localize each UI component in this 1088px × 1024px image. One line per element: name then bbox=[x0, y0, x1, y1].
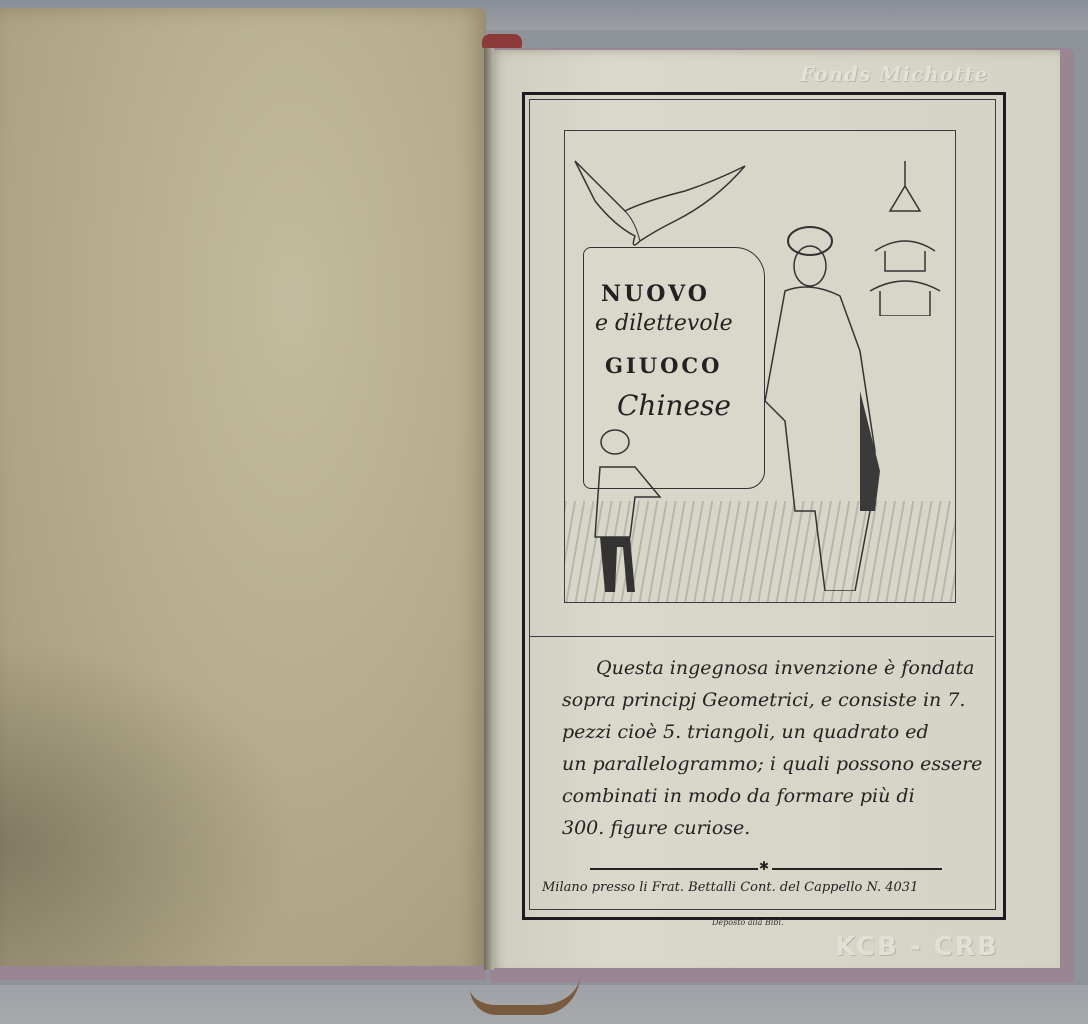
deposit-note: Deposto alla Bibl. bbox=[712, 918, 784, 927]
left-page-shadow bbox=[0, 640, 300, 980]
library-stamp-bottom: KCB - CRB bbox=[835, 932, 999, 962]
description-line: Questa ingegnosa invenzione è fondata bbox=[562, 652, 974, 684]
library-stamp-top: Fonds Michotte bbox=[800, 62, 988, 86]
engraving-title-dilettevole: e dilettevole bbox=[595, 311, 733, 336]
engraving-illustration: NUOVO e dilettevole GIUOCO Chinese bbox=[564, 130, 956, 603]
description-line: combinati in modo da formare più di bbox=[562, 780, 974, 812]
book-gutter bbox=[484, 45, 494, 970]
description-line: 300. figure curiose. bbox=[562, 812, 974, 844]
star-ornament-icon: ✱ bbox=[759, 859, 769, 873]
ornamental-rule-right bbox=[772, 868, 942, 870]
description-paragraph: Questa ingegnosa invenzione è fondata so… bbox=[562, 652, 974, 844]
bird-icon bbox=[565, 141, 755, 251]
engraving-title-chinese: Chinese bbox=[617, 389, 731, 422]
frame-divider bbox=[529, 636, 994, 637]
publisher-imprint: Milano presso li Frat. Bettalli Cont. de… bbox=[542, 880, 918, 895]
engraving-title-nuovo: NUOVO bbox=[601, 281, 710, 307]
ornamental-rule-left bbox=[590, 868, 758, 870]
bookmark-ribbon-top bbox=[482, 34, 522, 48]
standing-man-icon bbox=[765, 171, 895, 591]
description-line: un parallelogrammo; i quali possono esse… bbox=[562, 748, 974, 780]
left-cover-edge bbox=[0, 966, 486, 980]
description-line: pezzi cioè 5. triangoli, un quadrato ed bbox=[562, 716, 974, 748]
description-line: sopra principj Geometrici, e consiste in… bbox=[562, 684, 974, 716]
child-icon bbox=[585, 427, 665, 602]
engraving-title-giuoco: GIUOCO bbox=[605, 353, 722, 378]
